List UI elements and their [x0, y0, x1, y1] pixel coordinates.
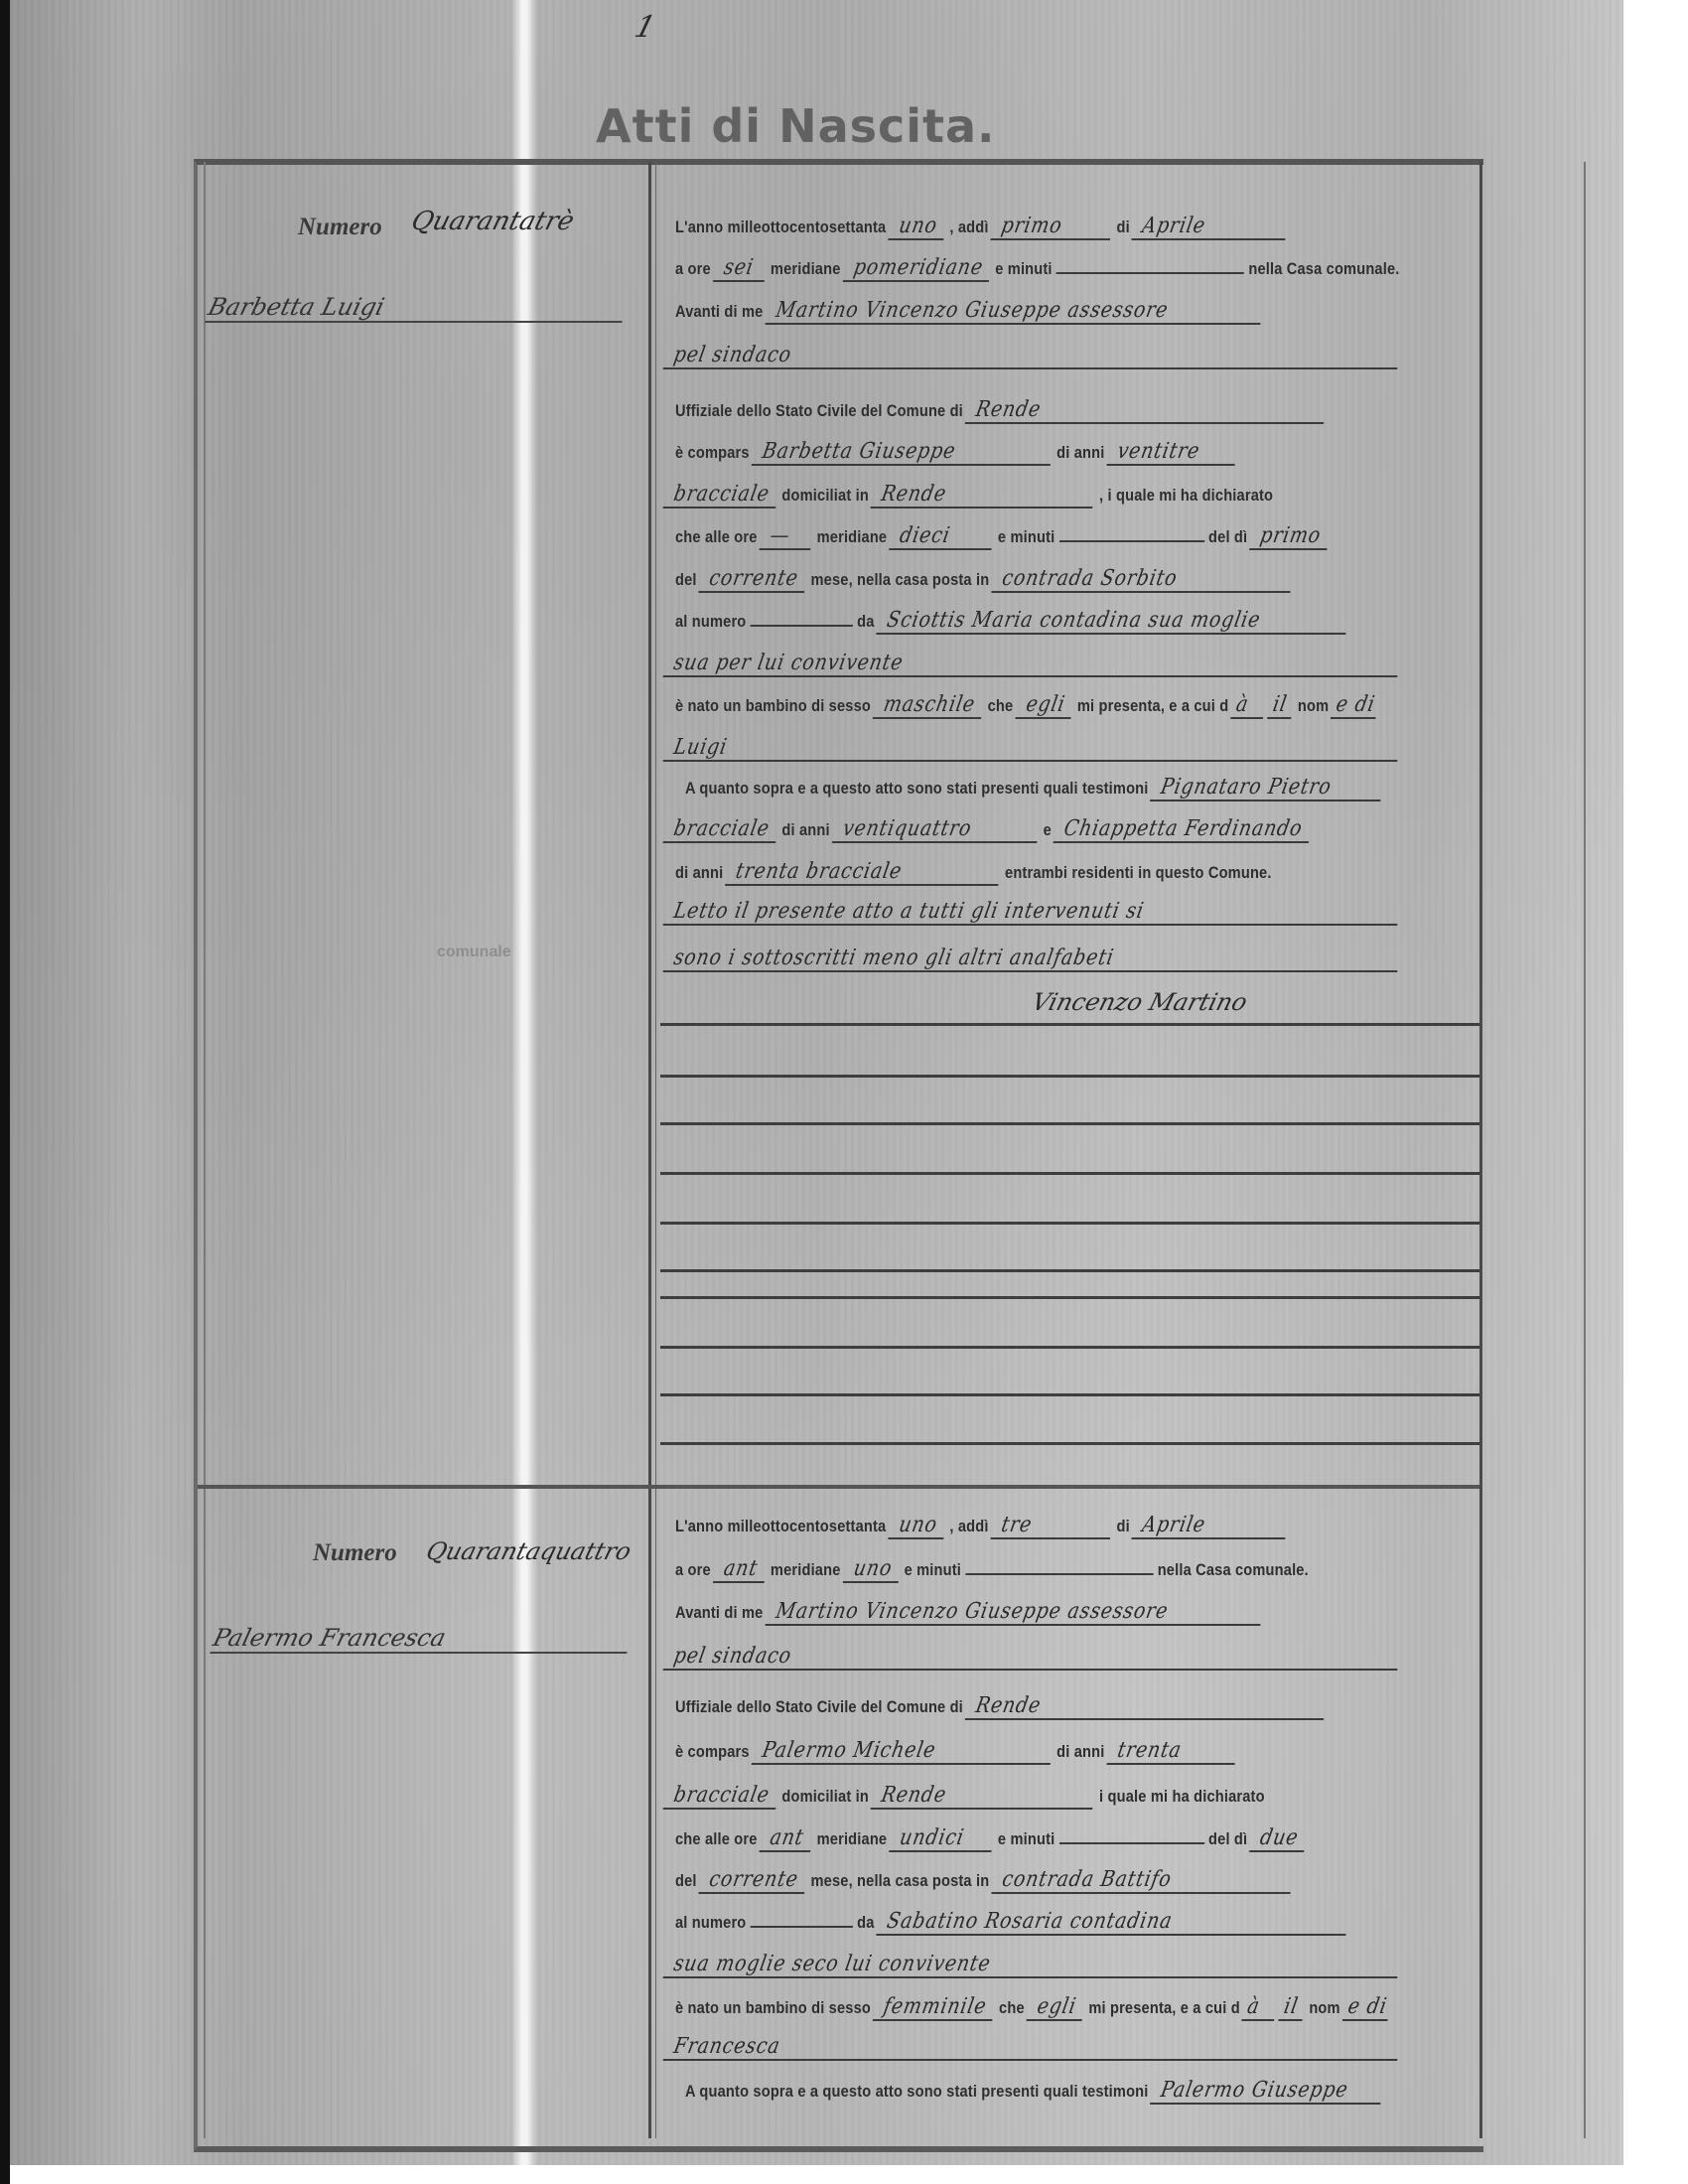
- act-1-line-1: L'anno milleottocentosettanta uno , addì…: [675, 214, 1288, 240]
- act-2-line-7: bracciale domiciliat in Rende i quale mi…: [665, 1783, 1265, 1810]
- blank-rule: [660, 1442, 1479, 1445]
- field-birth-day: due: [1249, 1825, 1309, 1852]
- field-birth-place: contrada Sorbito: [991, 566, 1295, 593]
- act-1-line-7: bracciale domiciliat in Rende , i quale …: [665, 482, 1273, 509]
- field-declarant-age: trenta: [1106, 1738, 1239, 1765]
- act-2-line-3: Avanti di me Martino Vincenzo Giuseppe a…: [675, 1599, 1263, 1626]
- field-birth-hour: ant: [759, 1825, 815, 1852]
- field-mother: Sciottis Maria contadina sua moglie: [876, 608, 1350, 635]
- frame-left-rule: [204, 162, 206, 2138]
- act-2-line-12: è nato un bambino di sesso femminile che…: [675, 1994, 1390, 2021]
- act-1-line-4: pel sindaco: [665, 343, 1400, 369]
- act-separator: [198, 1485, 1479, 1489]
- field-witness-1: Pignataro Pietro: [1150, 775, 1385, 801]
- act-1-line-6: è compars Barbetta Giuseppe di anni vent…: [675, 439, 1237, 466]
- field-occupation: bracciale: [663, 1783, 780, 1810]
- act-1-line-14: A quanto sopra e a questo atto sono stat…: [685, 775, 1383, 801]
- act-1-numero-value: Quarantatrè: [408, 207, 577, 236]
- blank-rule: [660, 1172, 1479, 1175]
- field-mother-cont: sua per lui convivente: [663, 651, 1403, 677]
- field-meridian: pomeridiane: [842, 255, 993, 282]
- field-month-ref: corrente: [698, 566, 808, 593]
- blank-rule: [660, 1122, 1479, 1125]
- blank-rule: [660, 1296, 1479, 1299]
- act-2-margin-name: Palermo Francesca: [210, 1624, 633, 1654]
- act-2-line-13: Francesca: [665, 2034, 1400, 2061]
- act-1-numero-label: Numero: [298, 214, 382, 241]
- field-birth-day: primo: [1249, 523, 1332, 550]
- act-1-line-17: Letto il presente atto a tutti gli inter…: [665, 899, 1400, 926]
- blank-rule: [660, 1346, 1479, 1349]
- field-birth-place: contrada Battifo: [991, 1867, 1295, 1894]
- column-divider: [648, 162, 651, 2138]
- page-title: Atti di Nascita.: [596, 99, 996, 153]
- field-day: tre: [990, 1513, 1114, 1539]
- field-domicile: Rende: [871, 482, 1098, 509]
- act-2-line-9: del corrente mese, nella casa posta in c…: [675, 1867, 1293, 1894]
- field-meridian: uno: [842, 1556, 902, 1583]
- act-1-line-12: è nato un bambino di sesso maschile che …: [675, 692, 1378, 719]
- blank-rule: [660, 1075, 1479, 1078]
- field-officer-cont: pel sindaco: [663, 343, 1403, 369]
- field-hour: ant: [713, 1556, 770, 1583]
- field-birth-meridian: undici: [889, 1825, 996, 1852]
- field-officer: Martino Vincenzo Giuseppe assessore: [765, 1599, 1265, 1626]
- act-2-line-6: è compars Palermo Michele di anni trenta: [675, 1738, 1237, 1765]
- field-declarant: Palermo Michele: [751, 1738, 1055, 1765]
- field-hour: sei: [713, 255, 770, 282]
- field-declarant-age: ventitre: [1106, 439, 1239, 466]
- field-mother: Sabatino Rosaria contadina: [876, 1909, 1350, 1936]
- field-month: Aprile: [1132, 1513, 1291, 1539]
- act-1-margin-faint-text: comunale: [437, 944, 511, 961]
- field-child-name: Luigi: [663, 735, 1403, 762]
- field-occupation: bracciale: [663, 482, 780, 509]
- field-witness-2: Chiappetta Ferdinando: [1054, 816, 1314, 843]
- field-sex: femminile: [873, 1994, 997, 2021]
- act-1-line-2: a ore sei meridiane pomeridiane e minuti…: [675, 255, 1400, 282]
- act-1-officer-signature: Vincenzo Martino: [1029, 988, 1250, 1016]
- act-1-line-18: sono i sottoscritti meno gli altri analf…: [665, 946, 1400, 972]
- field-house-number: [750, 1926, 853, 1928]
- field-birth-hour: —: [759, 523, 815, 550]
- field-presenter: egli: [1027, 1994, 1087, 2021]
- page-outer-rule: [1584, 162, 1586, 2138]
- act-1-line-13: Luigi: [665, 735, 1400, 762]
- field-witness-1: Palermo Giuseppe: [1150, 2078, 1385, 2105]
- act-1-signing-note: sono i sottoscritti meno gli altri analf…: [663, 946, 1403, 972]
- field-declarant: Barbetta Giuseppe: [751, 439, 1055, 466]
- field-day: primo: [990, 214, 1114, 240]
- act-1-line-16: di anni trenta bracciale entrambi reside…: [675, 859, 1272, 886]
- field-officer-cont: pel sindaco: [663, 1644, 1403, 1671]
- frame-right-rule: [1479, 162, 1482, 2138]
- field-year: uno: [888, 1513, 947, 1539]
- act-1-line-5: Uffiziale dello Stato Civile del Comune …: [675, 397, 1326, 424]
- field-presenter: egli: [1015, 692, 1075, 719]
- act-1-line-10: al numero da Sciottis Maria contadina su…: [675, 608, 1348, 635]
- field-comune: Rende: [965, 397, 1329, 424]
- act-1-line-11: sua per lui convivente: [665, 651, 1400, 677]
- scan-black-edge: [0, 0, 10, 2184]
- act-2-numero-value: Quarantaquattro: [423, 1537, 633, 1565]
- field-witness-2-age: trenta bracciale: [725, 859, 1003, 886]
- act-1-margin-name: Barbetta Luigi: [205, 293, 629, 323]
- field-minutes: [1056, 272, 1245, 274]
- act-2-line-11: sua moglie seco lui convivente: [665, 1952, 1400, 1978]
- act-2-line-5: Uffiziale dello Stato Civile del Comune …: [675, 1693, 1326, 1720]
- field-officer: Martino Vincenzo Giuseppe assessore: [765, 298, 1265, 325]
- act-2-line-1: L'anno milleottocentosettanta uno , addì…: [675, 1513, 1288, 1539]
- blank-rule: [660, 1393, 1479, 1396]
- field-minutes: [965, 1573, 1154, 1575]
- field-month: Aprile: [1132, 214, 1291, 240]
- act-2-line-14: A quanto sopra e a questo atto sono stat…: [685, 2078, 1383, 2105]
- blank-rule: [660, 1222, 1479, 1225]
- act-1-line-8: che alle ore — meridiane dieci e minuti …: [675, 523, 1330, 550]
- blank-rule: [660, 1023, 1479, 1026]
- act-1-line-3: Avanti di me Martino Vincenzo Giuseppe a…: [675, 298, 1263, 325]
- act-1-line-15: bracciale di anni ventiquattro e Chiappe…: [665, 816, 1311, 843]
- field-year: uno: [888, 214, 947, 240]
- act-1-reading-note: Letto il presente atto a tutti gli inter…: [663, 899, 1403, 926]
- field-child-name: Francesca: [663, 2034, 1403, 2061]
- act-1-line-9: del corrente mese, nella casa posta in c…: [675, 566, 1293, 593]
- field-birth-minutes: [1058, 540, 1204, 542]
- column-divider-inner: [655, 162, 656, 2138]
- field-house-number: [750, 625, 853, 627]
- act-2-line-10: al numero da Sabatino Rosaria contadina: [675, 1909, 1348, 1936]
- field-witness-1-occupation: bracciale: [663, 816, 780, 843]
- field-comune: Rende: [965, 1693, 1329, 1720]
- act-2-line-8: che alle ore ant meridiane undici e minu…: [675, 1825, 1307, 1852]
- field-domicile: Rende: [871, 1783, 1098, 1810]
- field-birth-minutes: [1058, 1842, 1204, 1844]
- field-mother-cont: sua moglie seco lui convivente: [663, 1952, 1403, 1978]
- field-month-ref: corrente: [698, 1867, 808, 1894]
- act-2-line-4: pel sindaco: [665, 1644, 1400, 1671]
- field-witness-1-age: ventiquattro: [832, 816, 1042, 843]
- blank-rule: [660, 1269, 1479, 1272]
- act-2-line-2: a ore ant meridiane uno e minuti nella C…: [675, 1556, 1309, 1583]
- field-sex: maschile: [873, 692, 986, 719]
- act-2-numero-label: Numero: [313, 1539, 397, 1567]
- field-birth-meridian: dieci: [889, 523, 996, 550]
